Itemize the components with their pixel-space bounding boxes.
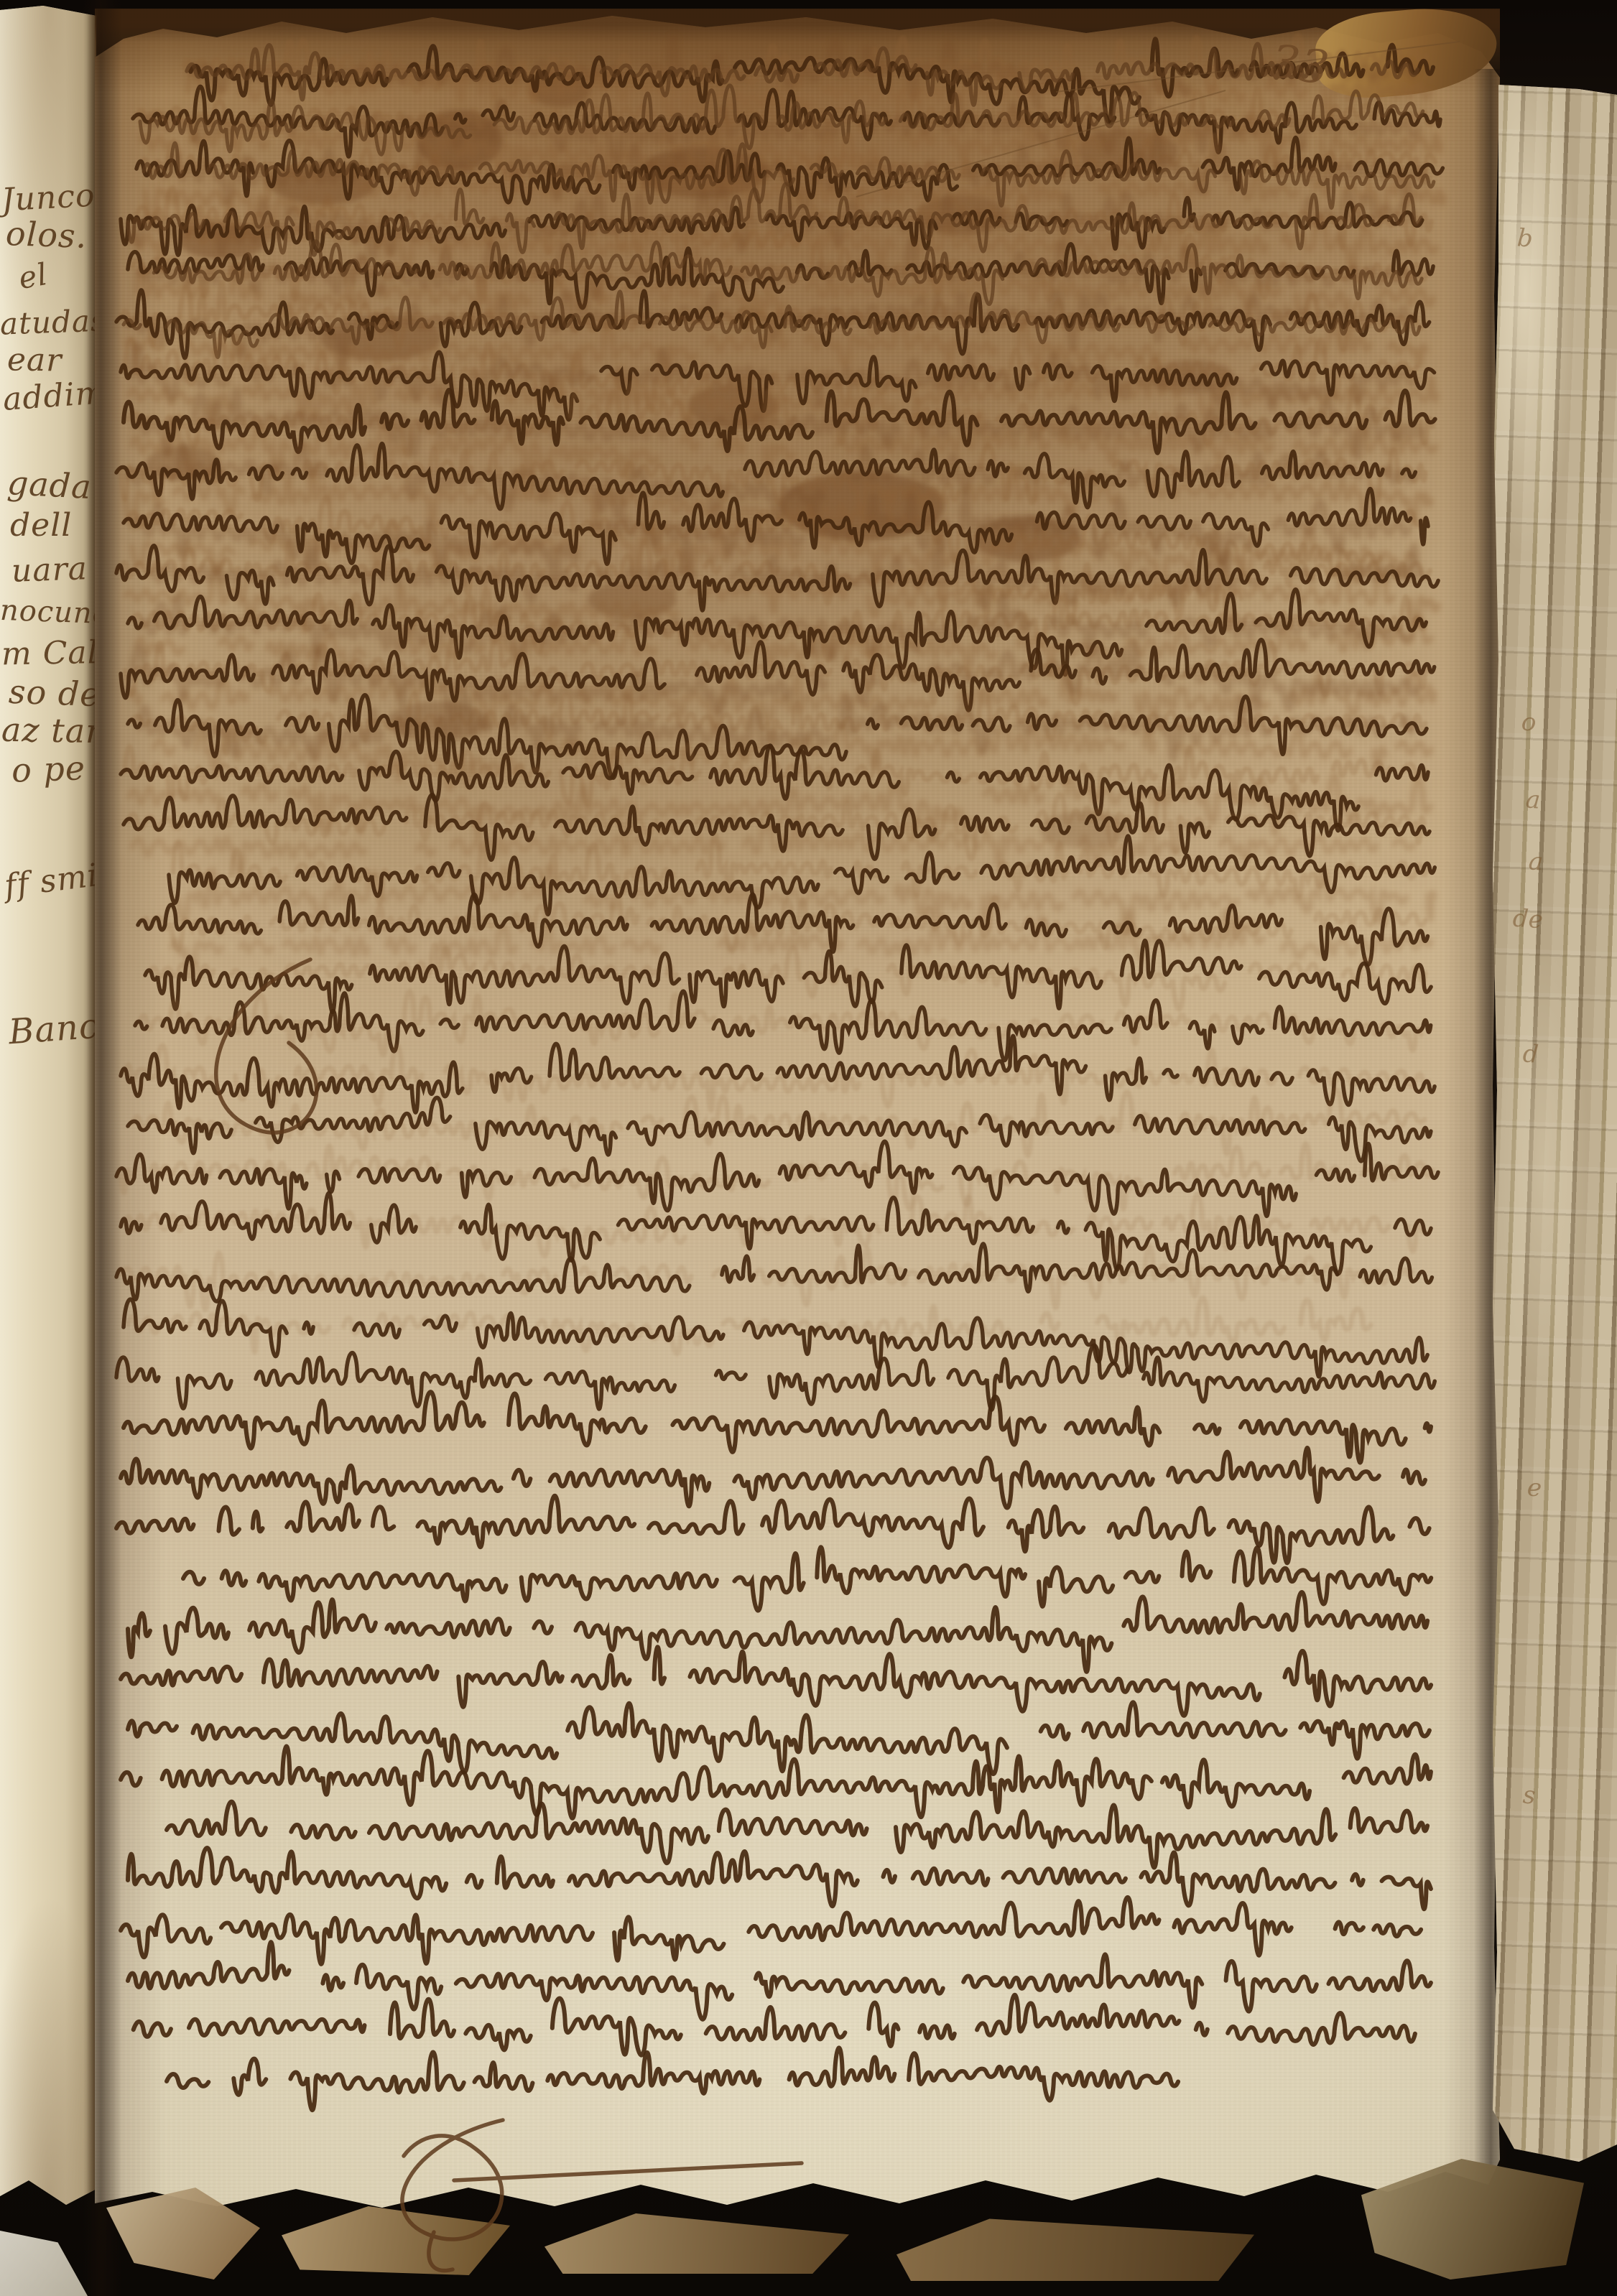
manuscript-photo: Juncoolos.elatudasearaddimgadadelluarano… bbox=[0, 0, 1617, 2296]
margin-note: gada bbox=[6, 463, 93, 506]
margin-note: uara bbox=[11, 550, 88, 590]
margin-note: ear bbox=[7, 341, 62, 378]
stack-ink-mark: o bbox=[1521, 707, 1537, 737]
page-stack-edges bbox=[1493, 85, 1617, 2162]
margin-note: o pe bbox=[11, 748, 86, 790]
stack-ink-mark: d bbox=[1522, 1039, 1540, 1069]
binding-gutter-shadow bbox=[83, 0, 122, 2296]
bottom-left-page-corner bbox=[0, 2231, 88, 2296]
torn-paper-shard bbox=[282, 2206, 510, 2275]
stack-ink-mark: e bbox=[1526, 1473, 1543, 1502]
stack-ink-mark: s bbox=[1522, 1780, 1537, 1810]
stack-ink-mark: b bbox=[1516, 223, 1534, 253]
left-page-edge: Juncoolos.elatudasearaddimgadadelluarano… bbox=[0, 6, 96, 2205]
torn-paper-shard bbox=[545, 2213, 849, 2274]
margin-note: dell bbox=[10, 507, 72, 544]
stack-ink-mark: de bbox=[1512, 904, 1544, 935]
margin-note: olos. bbox=[5, 214, 88, 256]
torn-paper-shard bbox=[896, 2215, 1254, 2281]
folio-number: 33 bbox=[1266, 35, 1332, 96]
manuscript-page bbox=[95, 9, 1500, 2224]
stack-ink-mark: a bbox=[1528, 847, 1544, 876]
stack-ink-mark: a bbox=[1525, 785, 1542, 814]
margin-note: Junco bbox=[1, 177, 96, 219]
margin-note: el bbox=[16, 256, 50, 296]
